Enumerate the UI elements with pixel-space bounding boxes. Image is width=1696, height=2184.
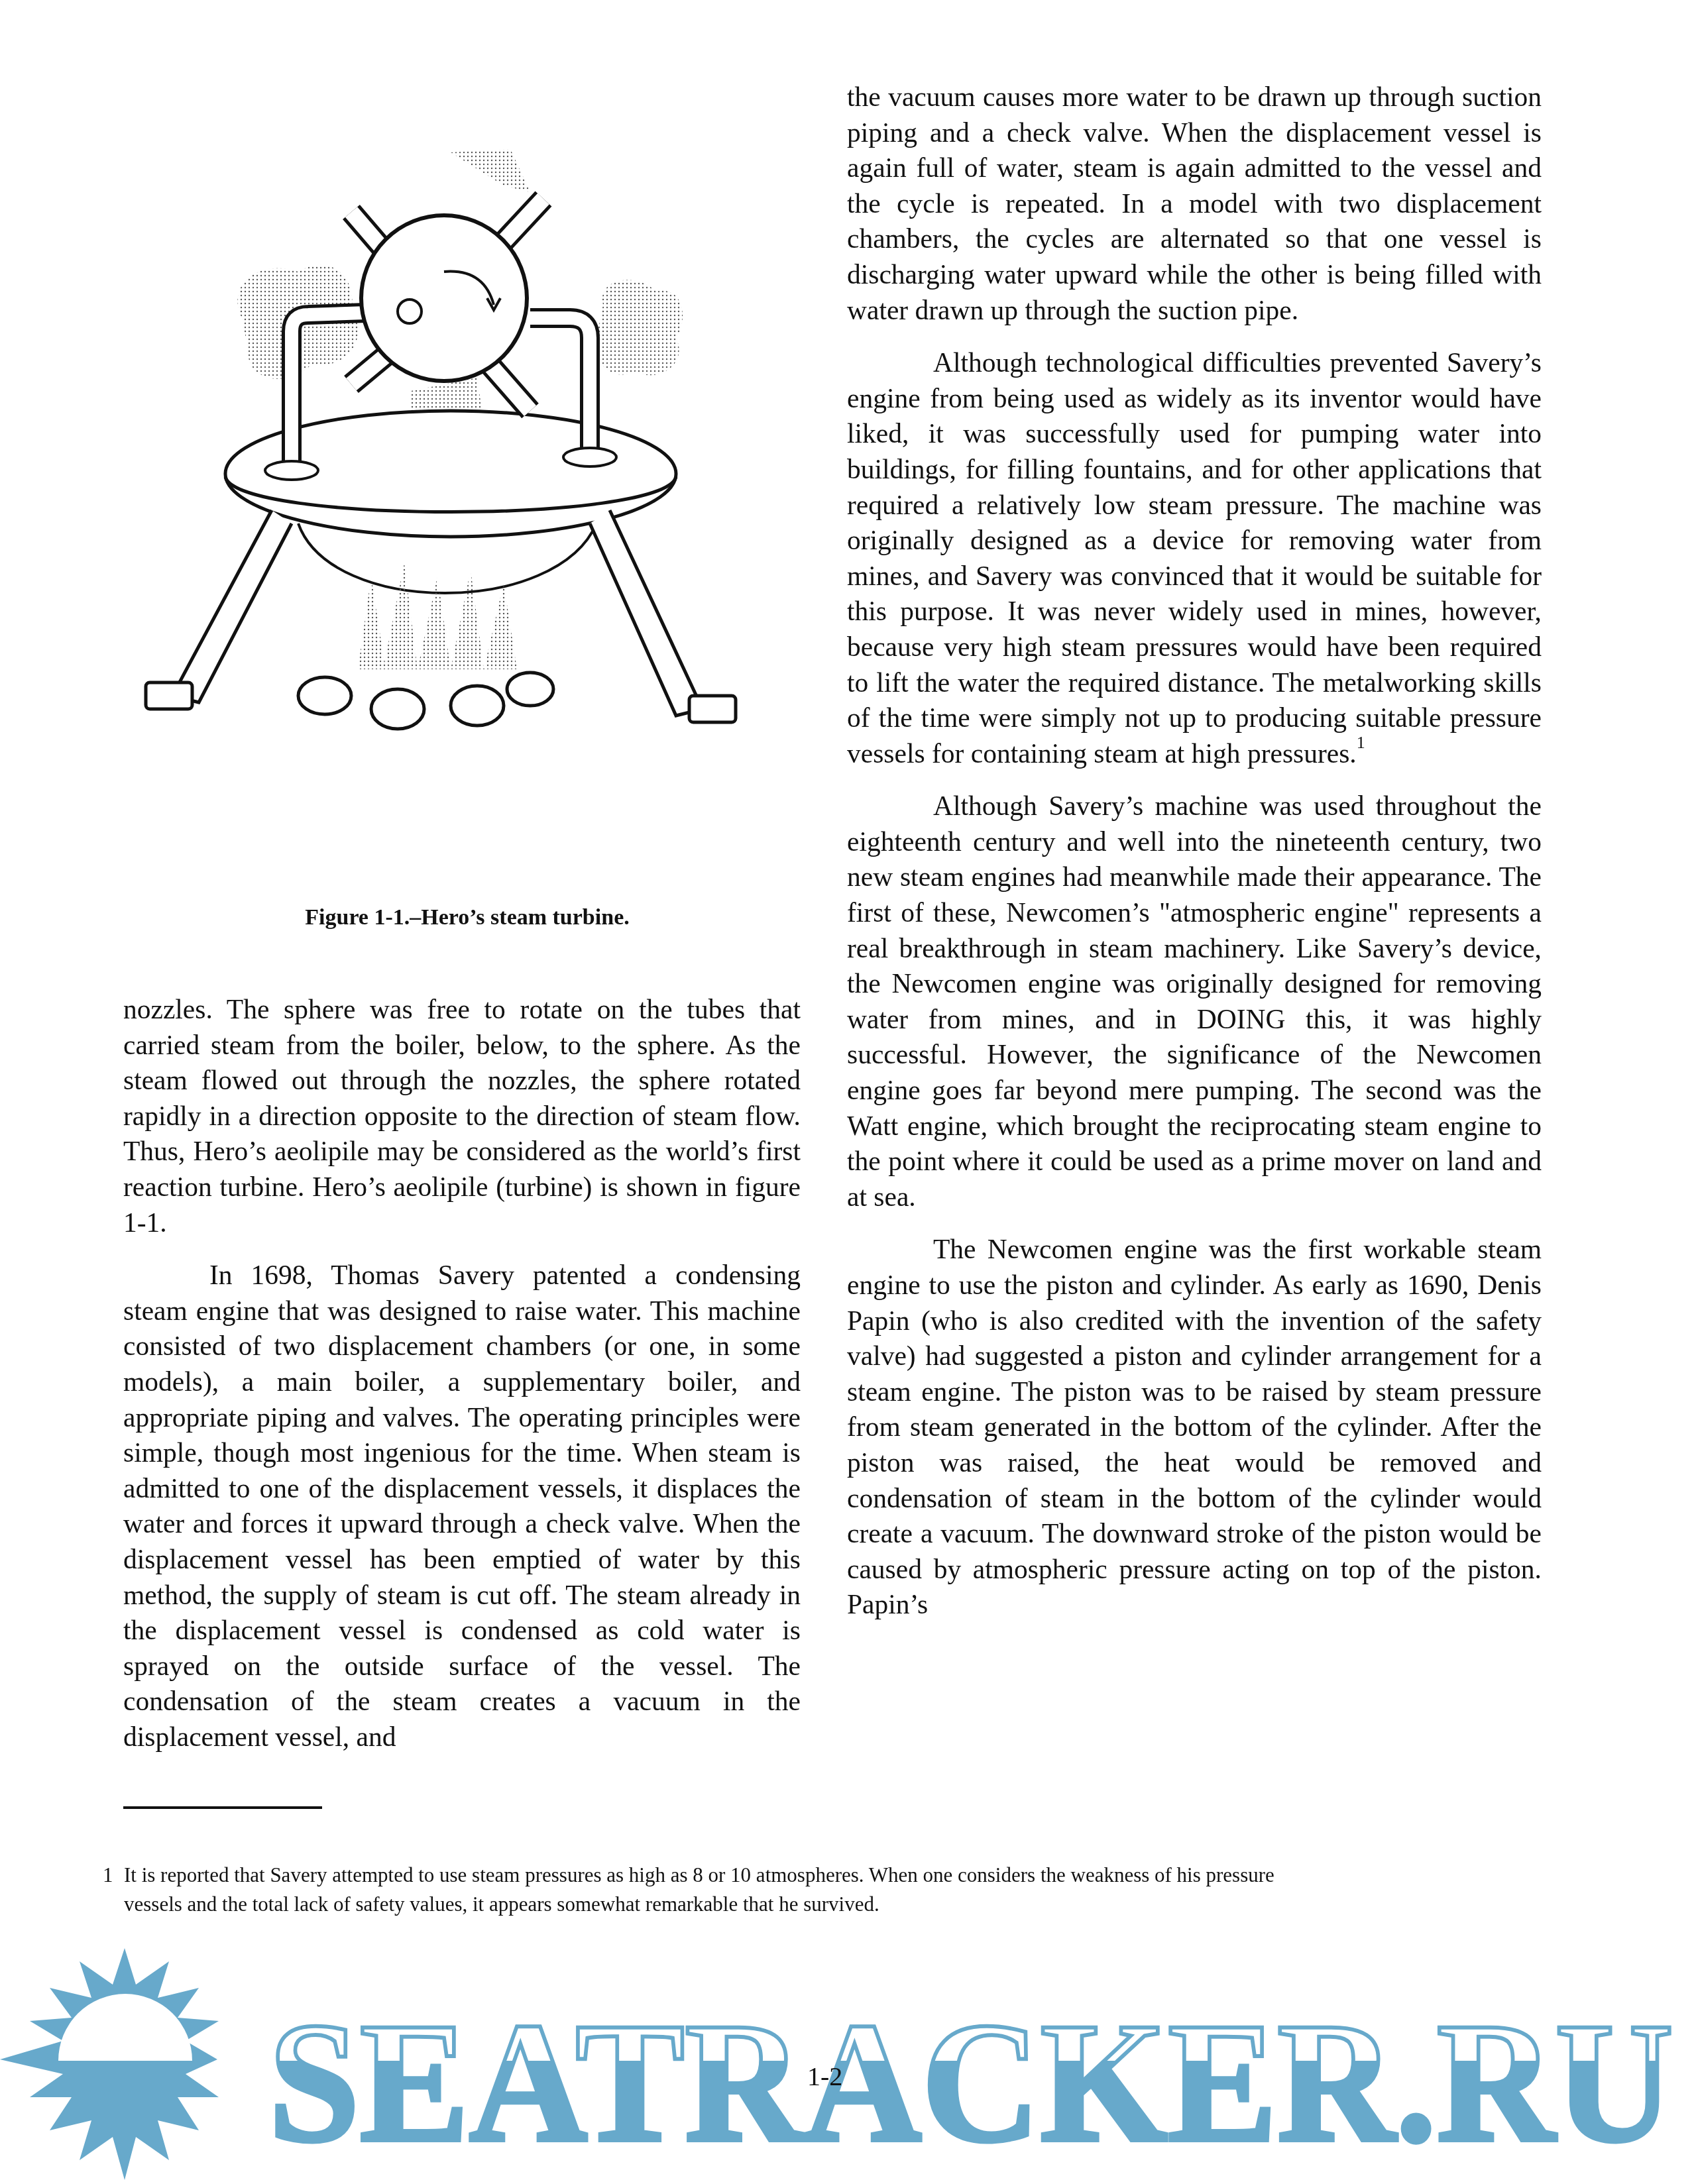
footnote-line-2: vessels and the total lack of safety val… bbox=[103, 1890, 1581, 1919]
paragraph: The Newcomen engine was the first workab… bbox=[847, 1232, 1542, 1623]
left-column: nozzles. The sphere was free to rotate o… bbox=[123, 992, 801, 1772]
footnote-line-1: It is reported that Savery attempted to … bbox=[124, 1863, 1274, 1886]
footnote: 1It is reported that Savery attempted to… bbox=[103, 1861, 1581, 1919]
paragraph: the vacuum causes more water to be drawn… bbox=[847, 80, 1542, 328]
right-column: the vacuum causes more water to be drawn… bbox=[847, 80, 1542, 1640]
paragraph-text: Although technological difficulties prev… bbox=[847, 347, 1542, 769]
watermark-logo: SEATRACKER.RU SEATRACKER.RU bbox=[0, 1948, 1696, 2184]
paragraph: In 1698, Thomas Savery patented a conden… bbox=[123, 1258, 801, 1755]
figure-hero-steam-turbine bbox=[133, 99, 795, 861]
sun-icon: SEATRACKER.RU SEATRACKER.RU bbox=[0, 1948, 1696, 2184]
page-number: 1-2 bbox=[807, 2061, 842, 2092]
paragraph-with-footnote: Although technological difficulties prev… bbox=[847, 345, 1542, 771]
paragraph: nozzles. The sphere was free to rotate o… bbox=[123, 992, 801, 1240]
footnote-reference[interactable]: 1 bbox=[1357, 733, 1365, 752]
footnote-number: 1 bbox=[103, 1861, 124, 1890]
footnote-divider bbox=[123, 1806, 322, 1809]
aeolipile-illustration-icon bbox=[133, 99, 795, 861]
figure-caption: Figure 1-1.–Hero’s steam turbine. bbox=[119, 905, 815, 930]
paragraph: Although Savery’s machine was used throu… bbox=[847, 789, 1542, 1215]
